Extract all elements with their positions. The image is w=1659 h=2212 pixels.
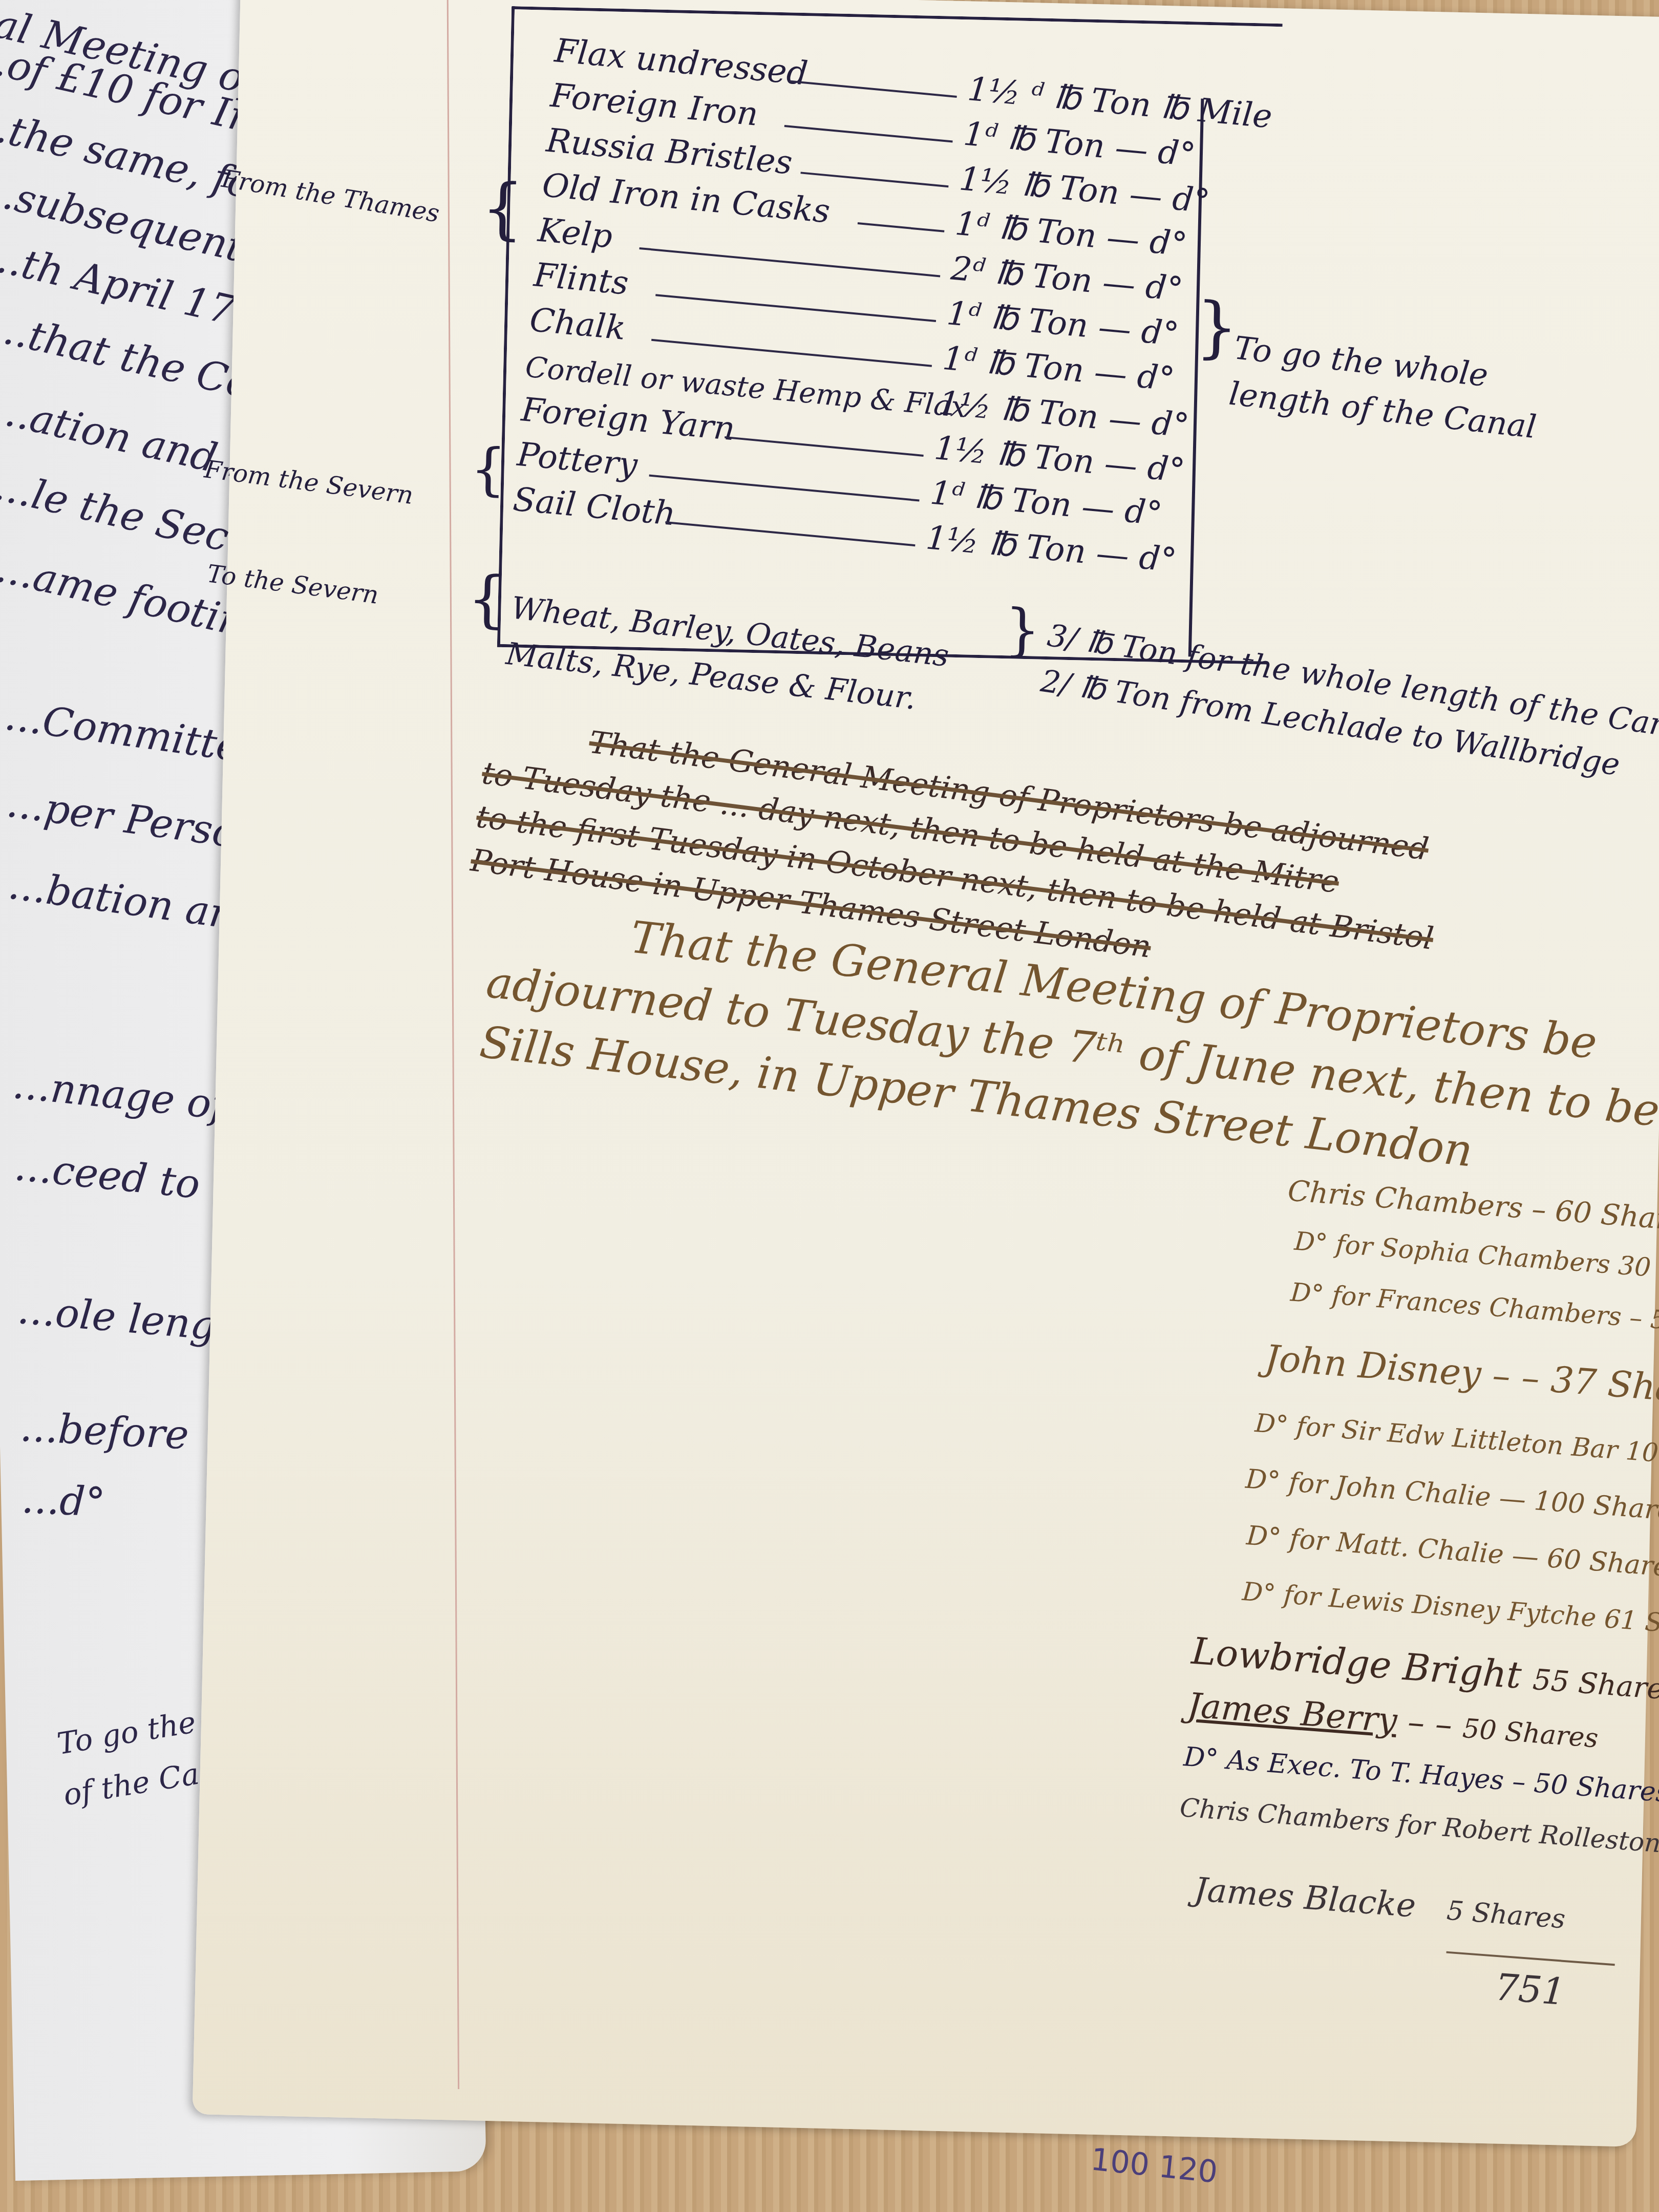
grain-rates: 3/ ℔ Ton for the whole length of the Can…	[1038, 612, 1659, 798]
margin-label-from-thames: From the Thames	[220, 164, 442, 229]
subscriber-shares: 100 Shares	[1533, 1485, 1659, 1527]
brace-icon: {	[467, 568, 507, 631]
subscriber-name: John Disney	[1264, 1337, 1483, 1395]
subscriber-row: James Blacke 5 Shares	[1193, 1870, 1567, 1936]
subscriber-name: James Berry	[1186, 1685, 1398, 1740]
subscriber-row: D° for Matt. Chalie — 60 Shares	[1245, 1520, 1659, 1584]
subscriber-shares: 5 Shares	[1445, 1896, 1566, 1935]
subscriber-name: D° for Sophia Chambers	[1293, 1226, 1611, 1280]
subscriber-name: D° As Exec. To T. Hayes	[1183, 1741, 1505, 1796]
subscriber-name: D° for Lewis Disney Fytche	[1241, 1577, 1597, 1633]
brace-icon: {	[481, 175, 525, 242]
subscriber-shares: 30 Shares	[1617, 1250, 1659, 1290]
leader-line	[858, 222, 945, 232]
subscriber-row: D° for John Chalie — 100 Shares	[1245, 1464, 1659, 1528]
margin-rule	[447, 0, 459, 2089]
subscriber-shares: 37 Shares	[1549, 1358, 1659, 1414]
subscriber-name: James Blacke	[1193, 1870, 1417, 1925]
left-line: ...d°	[20, 1479, 106, 1523]
subscriber-row: John Disney – – 37 Shares	[1264, 1337, 1659, 1414]
subscriber-shares: 50 Shares	[1533, 1768, 1659, 1809]
brace-icon: }	[1195, 293, 1239, 361]
right-page: From the Thames From the Severn To the S…	[193, 0, 1659, 2147]
subscriber-name: D° for Frances Chambers	[1289, 1277, 1623, 1331]
subscriber-name: D° for Matt. Chalie	[1245, 1520, 1505, 1570]
subscriber-shares: 50 Shares	[1461, 1713, 1599, 1754]
margin-label-from-severn: From the Severn	[203, 454, 415, 511]
subscriber-name: Lowbridge Bright	[1190, 1629, 1523, 1697]
tolls-note: To go the whole length of the Canal	[1227, 325, 1544, 450]
subscriber-name: D° for Sir Edw Littleton Bar	[1254, 1408, 1619, 1465]
subscriber-row: Chris Chambers for Robert Rolleston } 85…	[1179, 1793, 1659, 1870]
toll-item: Kelp	[537, 211, 614, 256]
subscriber-shares: 55 Shares	[1532, 1663, 1659, 1707]
brace-icon: }	[1004, 601, 1041, 658]
subscriber-row: D° for Sir Edw Littleton Bar 100 Shares	[1254, 1408, 1659, 1477]
subscriber-row: D° for Frances Chambers – 50 Shares	[1289, 1277, 1659, 1344]
brace-icon: {	[470, 440, 506, 498]
subscriber-shares: 60 Shares	[1546, 1543, 1659, 1584]
shares-total: 751	[1494, 1965, 1567, 2013]
subscriber-shares: 60 Shares	[1554, 1195, 1659, 1239]
tolls-table: Flax undressed 1½ ᵈ ℔ Ton ℔ Mile Foreign…	[481, 22, 1240, 582]
subscriber-name: D° for John Chalie	[1245, 1464, 1492, 1513]
margin-label-to-severn: To the Severn	[205, 559, 380, 610]
total-rule	[1446, 1951, 1614, 1966]
subscriber-row: D° for Lewis Disney Fytche 61 Shares	[1241, 1577, 1659, 1643]
left-line: ...before	[19, 1408, 189, 1456]
subscriber-row: D° for Sophia Chambers 30 Shares	[1293, 1226, 1659, 1290]
